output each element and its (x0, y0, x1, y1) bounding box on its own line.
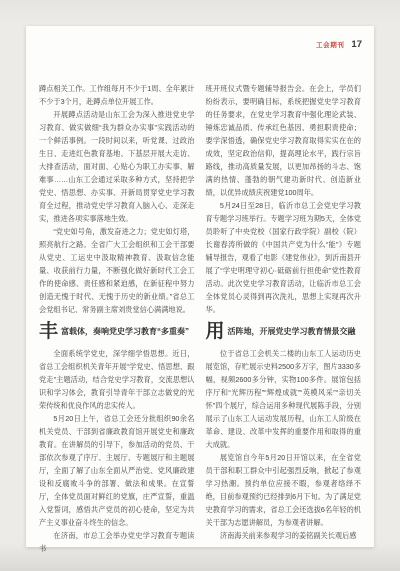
paragraph: 5月20日上午，省总工会还分批组织90余名机关党员、干部到省廉政教育馆开展党史和… (39, 412, 195, 529)
paragraph: 展览馆自今年5月20日开馆以来，在全省党员干部和职工群众中引起强烈反响，掀起了参… (206, 451, 362, 529)
left-column: 蹲点相关工作。工作组每月不少于1周、全年累计不少于3个月，赴蹲点单位开展工作。 … (39, 82, 195, 537)
drop-cap: 丰 (39, 322, 58, 342)
article-body: 蹲点相关工作。工作组每月不少于1周、全年累计不少于3个月，赴蹲点单位开展工作。 … (39, 82, 361, 537)
page-header: 工会期刊 17 (316, 39, 362, 50)
paragraph: 全面系统学党史，深学细学悟思想。近日，省总工会组织机关青年开展“学党史、悟思想、… (39, 347, 195, 412)
section-heading: 用 活阵地，开展党史学习教育情景交融 (206, 322, 362, 342)
section-label: 工会期刊 (316, 40, 344, 49)
magazine-page: 工会期刊 17 蹲点相关工作。工作组每月不少于1周、全年累计不少于3个月，赴蹲点… (26, 26, 374, 547)
paragraph: 在济南，市总工会举办党史学习教育专题读书 (39, 529, 195, 555)
drop-cap: 用 (206, 322, 225, 342)
paragraph: 蹲点相关工作。工作组每月不少于1周、全年累计不少于3个月，赴蹲点单位开展工作。 (39, 82, 195, 108)
section-heading-text: 富载体，奏响党史学习教育“多重奏” (61, 327, 189, 337)
section-heading-text: 活阵地，开展党史学习教育情景交融 (228, 327, 356, 337)
paragraph: 位于省总工会机关二楼的山东工人运动历史展览馆，存贮展示史料2500多万字，图片3… (206, 347, 362, 451)
paragraph: 济南海关前来参观学习的姜铭副关长观后感 (206, 529, 362, 542)
paragraph: 5月24日至28日，临沂市总工会党史学习教育专题学习班举行。专题学习班为期5天，… (206, 199, 362, 316)
paragraph: 开展蹲点活动是山东工会为深入推进党史学习教育、做实做细“我为群众办实事”实践活动… (39, 108, 195, 225)
page-number: 17 (351, 39, 362, 50)
paragraph: “党史如号角，激发奋进之力；党史如灯塔，照亮航行之路。全省广大工会组织和工会干部… (39, 225, 195, 316)
scan-background: 工会期刊 17 蹲点相关工作。工作组每月不少于1周、全年累计不少于3个月，赴蹲点… (0, 0, 400, 571)
section-heading: 丰 富载体，奏响党史学习教育“多重奏” (39, 322, 195, 342)
paragraph: 班开班仪式暨专题辅导报告会。在会上，学员们纷纷表示，要明确目标，系统把握党史学习… (206, 82, 362, 199)
right-column: 班开班仪式暨专题辅导报告会。在会上，学员们纷纷表示，要明确目标，系统把握党史学习… (206, 82, 362, 537)
